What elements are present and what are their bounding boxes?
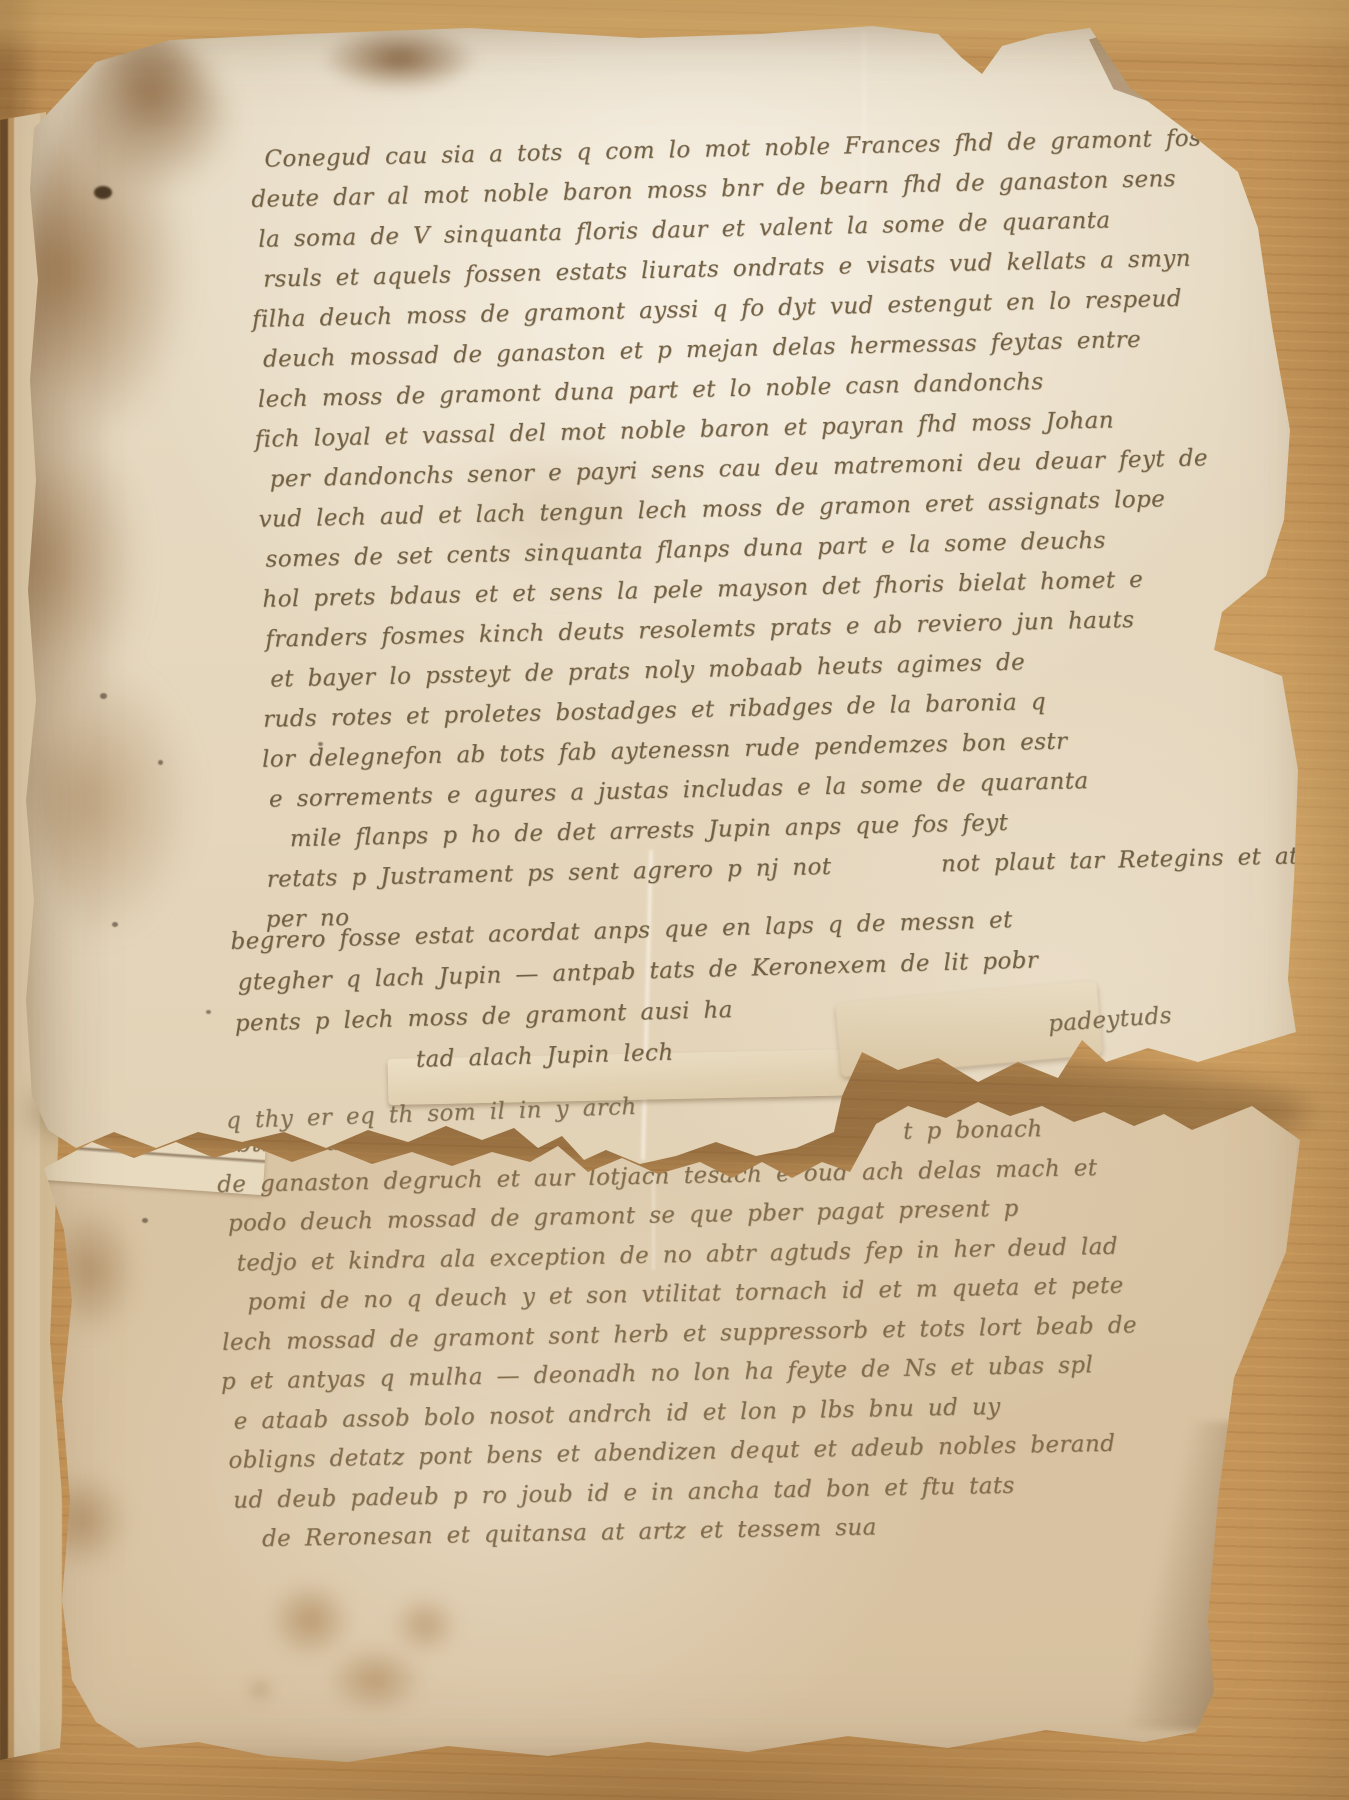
manuscript-photo: Conegud cau sia a tots q com lo mot nobl…	[0, 0, 1349, 1800]
